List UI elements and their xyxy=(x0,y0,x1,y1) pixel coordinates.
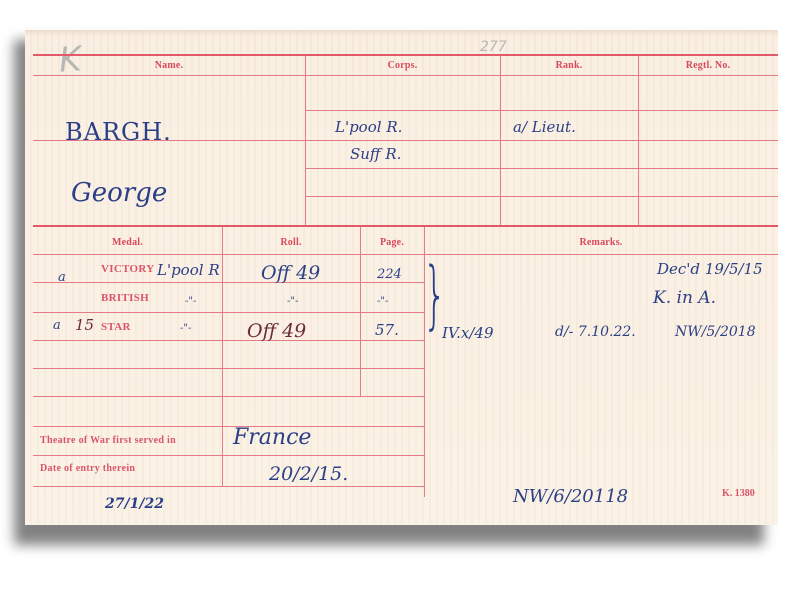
header-medal: Medal. xyxy=(33,237,222,248)
col-sep-corps-rank xyxy=(500,56,501,225)
header-page: Page. xyxy=(360,237,424,248)
remarks-line-2: K. in A. xyxy=(653,288,716,308)
victory-roll: Off 49 xyxy=(261,262,320,284)
rule-theatre-mid xyxy=(33,455,425,456)
medal-index-card: K 277 Name. Corps. Rank. Regtl. No. BARG… xyxy=(25,30,778,525)
british-roll: -"- xyxy=(287,296,298,307)
form-number: K. 1380 xyxy=(722,488,755,499)
victory-page: 224 xyxy=(377,267,402,282)
medal-star-label: STAR xyxy=(101,321,131,333)
medal-victory-label: VICTORY xyxy=(101,263,154,275)
remarks-line-1: Dec'd 19/5/15 xyxy=(657,260,763,278)
rule-theatre-bottom xyxy=(33,486,425,487)
rule-medal-r2 xyxy=(33,312,425,313)
rule-medal-r4 xyxy=(33,368,425,369)
british-page: -"- xyxy=(377,296,388,307)
star-corps-note: -"- xyxy=(180,323,191,334)
star-roll: Off 49 xyxy=(247,320,306,342)
col-sep-medal-roll xyxy=(222,227,223,487)
rule-medal-r3 xyxy=(33,340,425,341)
rule-medal-header-under xyxy=(33,254,778,255)
rule-section-divider xyxy=(33,225,778,227)
rule-header-under xyxy=(33,75,778,76)
forename: George xyxy=(71,178,167,208)
date-entry-label: Date of entry therein xyxy=(40,463,135,474)
header-remarks: Remarks. xyxy=(424,237,778,248)
header-corps: Corps. xyxy=(305,60,500,71)
rule-medal-r1 xyxy=(33,282,425,283)
rule-medal-r5 xyxy=(33,396,425,397)
remarks-line-3a: IV.x/49 xyxy=(442,324,494,342)
rule-top-r3 xyxy=(305,168,778,169)
star-marker: a xyxy=(53,318,61,333)
victory-corps-note: L'pool R xyxy=(157,261,220,279)
header-roll: Roll. xyxy=(222,237,360,248)
col-sep-roll-page xyxy=(360,227,361,397)
col-sep-name-corps xyxy=(305,56,306,225)
surname: BARGH. xyxy=(65,118,172,146)
theatre-label: Theatre of War first served in xyxy=(40,435,176,446)
theatre-value: France xyxy=(233,425,311,450)
corps-line-1: L'pool R. xyxy=(335,118,402,136)
remarks-line-3c: NW/5/2018 xyxy=(675,324,756,340)
victory-marker: a xyxy=(58,270,66,285)
col-sep-rank-regtl xyxy=(638,56,639,225)
footer-date-note: 27/1/22 xyxy=(105,496,164,512)
rule-top-r4 xyxy=(305,196,778,197)
rule-top-r1 xyxy=(305,110,778,111)
footer-ref-note: NW/6/20118 xyxy=(513,486,628,507)
medal-british-label: BRITISH xyxy=(101,292,149,304)
star-prefix: 15 xyxy=(75,316,94,334)
british-corps-note: -"- xyxy=(185,296,196,307)
date-entry-value: 20/2/15. xyxy=(269,463,348,485)
pencil-mark-number: 277 xyxy=(480,39,507,55)
header-regtl-no: Regtl. No. xyxy=(638,60,778,71)
star-page: 57. xyxy=(375,321,399,339)
rule-top xyxy=(33,54,778,56)
remarks-line-3b: d/- 7.10.22. xyxy=(555,324,636,340)
header-name: Name. xyxy=(33,60,305,71)
rule-theatre-top xyxy=(33,426,425,427)
header-rank: Rank. xyxy=(500,60,638,71)
rank-value: a/ Lieut. xyxy=(513,118,576,136)
corps-line-2: Suff R. xyxy=(350,145,401,163)
